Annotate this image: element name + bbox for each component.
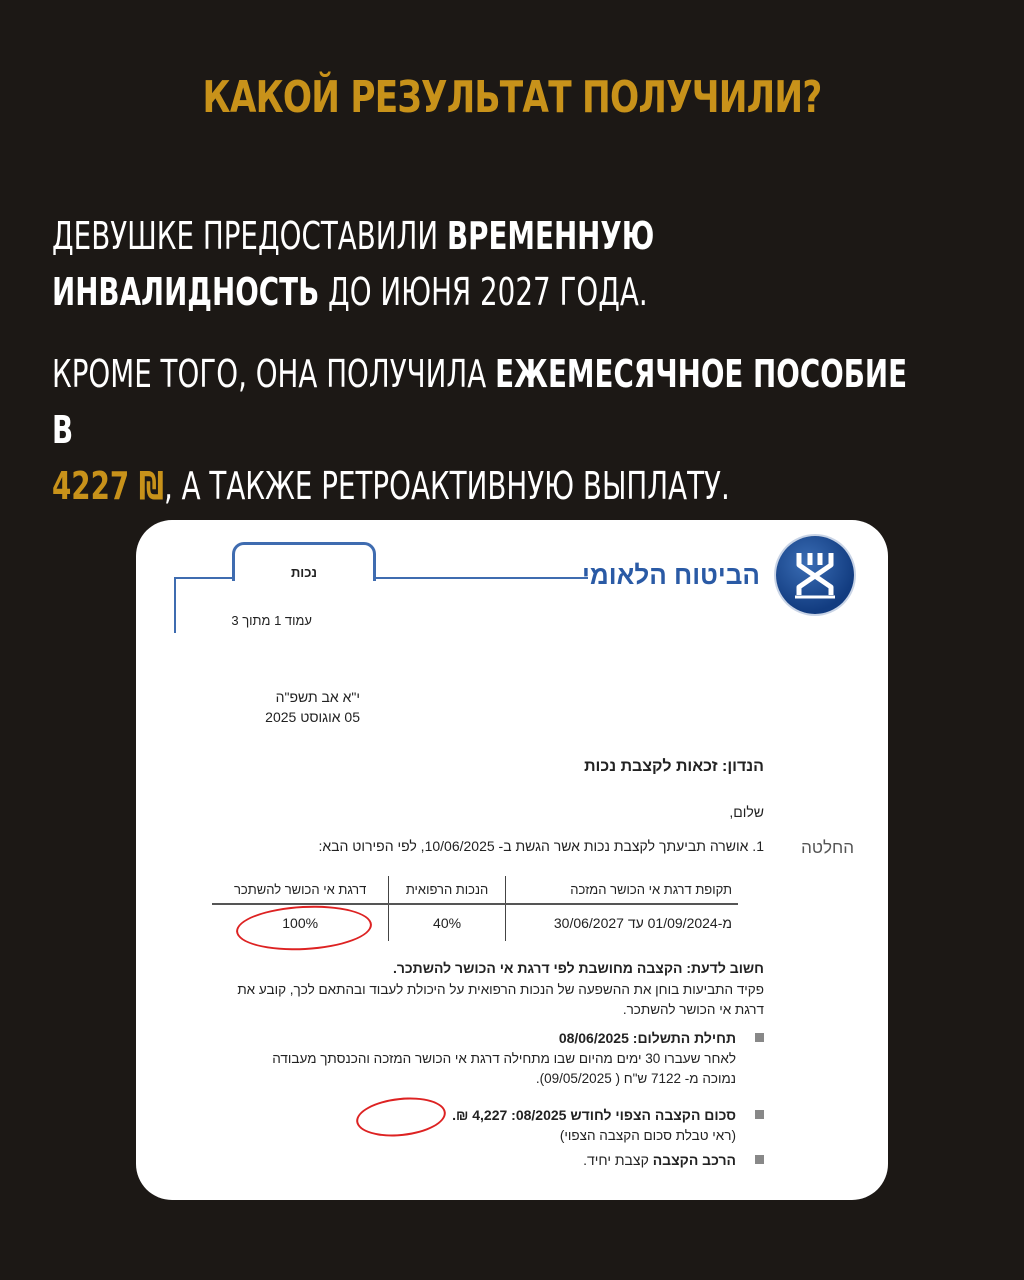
- decision-item: 1. אושרה תביעתך לקצבת נכות אשר הגשת ב- 1…: [318, 838, 764, 854]
- bullet-body: לאחר שעברו 30 ימים מהיום שבו מתחילה דרגת…: [256, 1049, 736, 1089]
- organization-name: הביטוח הלאומי: [582, 560, 760, 591]
- bullet-expected-amount: סכום הקצבה הצפוי לחודש 08/2025: 4,227 ₪.…: [452, 1105, 736, 1146]
- important-note-title: חשוב לדעת: הקצבה מחושבת לפי דרגת אי הכוש…: [393, 960, 764, 976]
- bullet-square-icon: [755, 1110, 764, 1119]
- paragraph-tail: , а также ретроактивную выплату.: [164, 464, 730, 508]
- benefit-letter: נכות הביטוח הלאומי עמוד 1 מתוך 3 י"א אב …: [136, 520, 888, 1200]
- bullet-body: (ראי טבלת סכום הקצבה הצפוי): [452, 1126, 736, 1146]
- section-tab: נכות: [232, 542, 376, 581]
- column-header: דרגת אי הכושר להשתכר: [212, 876, 389, 904]
- column-header: תקופת דרגת אי הכושר המזכה: [505, 876, 738, 904]
- bituach-leumi-logo-icon: [776, 536, 854, 614]
- important-note-body: פקיד התביעות בוחן את ההשפעה של הנכות הרפ…: [224, 980, 764, 1020]
- frame-line: [174, 577, 232, 579]
- greeting: שלום,: [729, 804, 764, 820]
- headline: КАКОЙ РЕЗУЛЬТАТ ПОЛУЧИЛИ?: [113, 72, 912, 123]
- hebrew-date: י"א אב תשפ"ה: [265, 687, 360, 707]
- bullet-title: סכום הקצבה הצפוי לחודש 08/2025: 4,227 ₪.: [452, 1107, 736, 1123]
- bullet-square-icon: [755, 1155, 764, 1164]
- column-header: הנכות הרפואית: [389, 876, 506, 904]
- bullet-body: קצבת יחיד.: [583, 1152, 653, 1168]
- bullet-payment-start: תחילת התשלום: 08/06/2025 לאחר שעברו 30 י…: [256, 1028, 736, 1089]
- red-highlight-circle: [354, 1093, 447, 1140]
- bullet-square-icon: [755, 1033, 764, 1042]
- section-tab-label: נכות: [235, 565, 373, 580]
- bullet-title: תחילת התשלום: 08/06/2025: [559, 1030, 736, 1046]
- page-number: עמוד 1 מתוך 3: [231, 613, 312, 628]
- document-card: נכות הביטוח הלאומי עמוד 1 מתוך 3 י"א אב …: [136, 520, 888, 1200]
- frame-line: [174, 577, 176, 633]
- bullet-composition: הרכב הקצבה קצבת יחיד.: [583, 1150, 736, 1171]
- bullet-title: הרכב הקצבה: [653, 1152, 736, 1168]
- paragraph-lead: Кроме того, она получила: [52, 352, 495, 396]
- paragraph-tail: до июня 2027 года.: [319, 270, 647, 314]
- period-cell: מ-01/09/2024 עד 30/06/2027: [505, 904, 738, 941]
- gregorian-date: 05 אוגוסט 2025: [265, 707, 360, 727]
- paragraph-allowance: Кроме того, она получила ежемесячное пос…: [52, 346, 928, 514]
- medical-disability-cell: 40%: [389, 904, 506, 941]
- letter-date: י"א אב תשפ"ה 05 אוגוסט 2025: [265, 687, 360, 727]
- letter-subject: הנדון: זכאות לקצבת נכות: [584, 758, 764, 776]
- decision-label: החלטה: [801, 838, 854, 858]
- paragraph-disability: Девушке предоставили временную инвалидно…: [52, 208, 928, 320]
- allowance-amount: 4227 ₪: [52, 464, 164, 508]
- header-rule: [372, 577, 588, 579]
- paragraph-lead: Девушке предоставили: [52, 214, 447, 258]
